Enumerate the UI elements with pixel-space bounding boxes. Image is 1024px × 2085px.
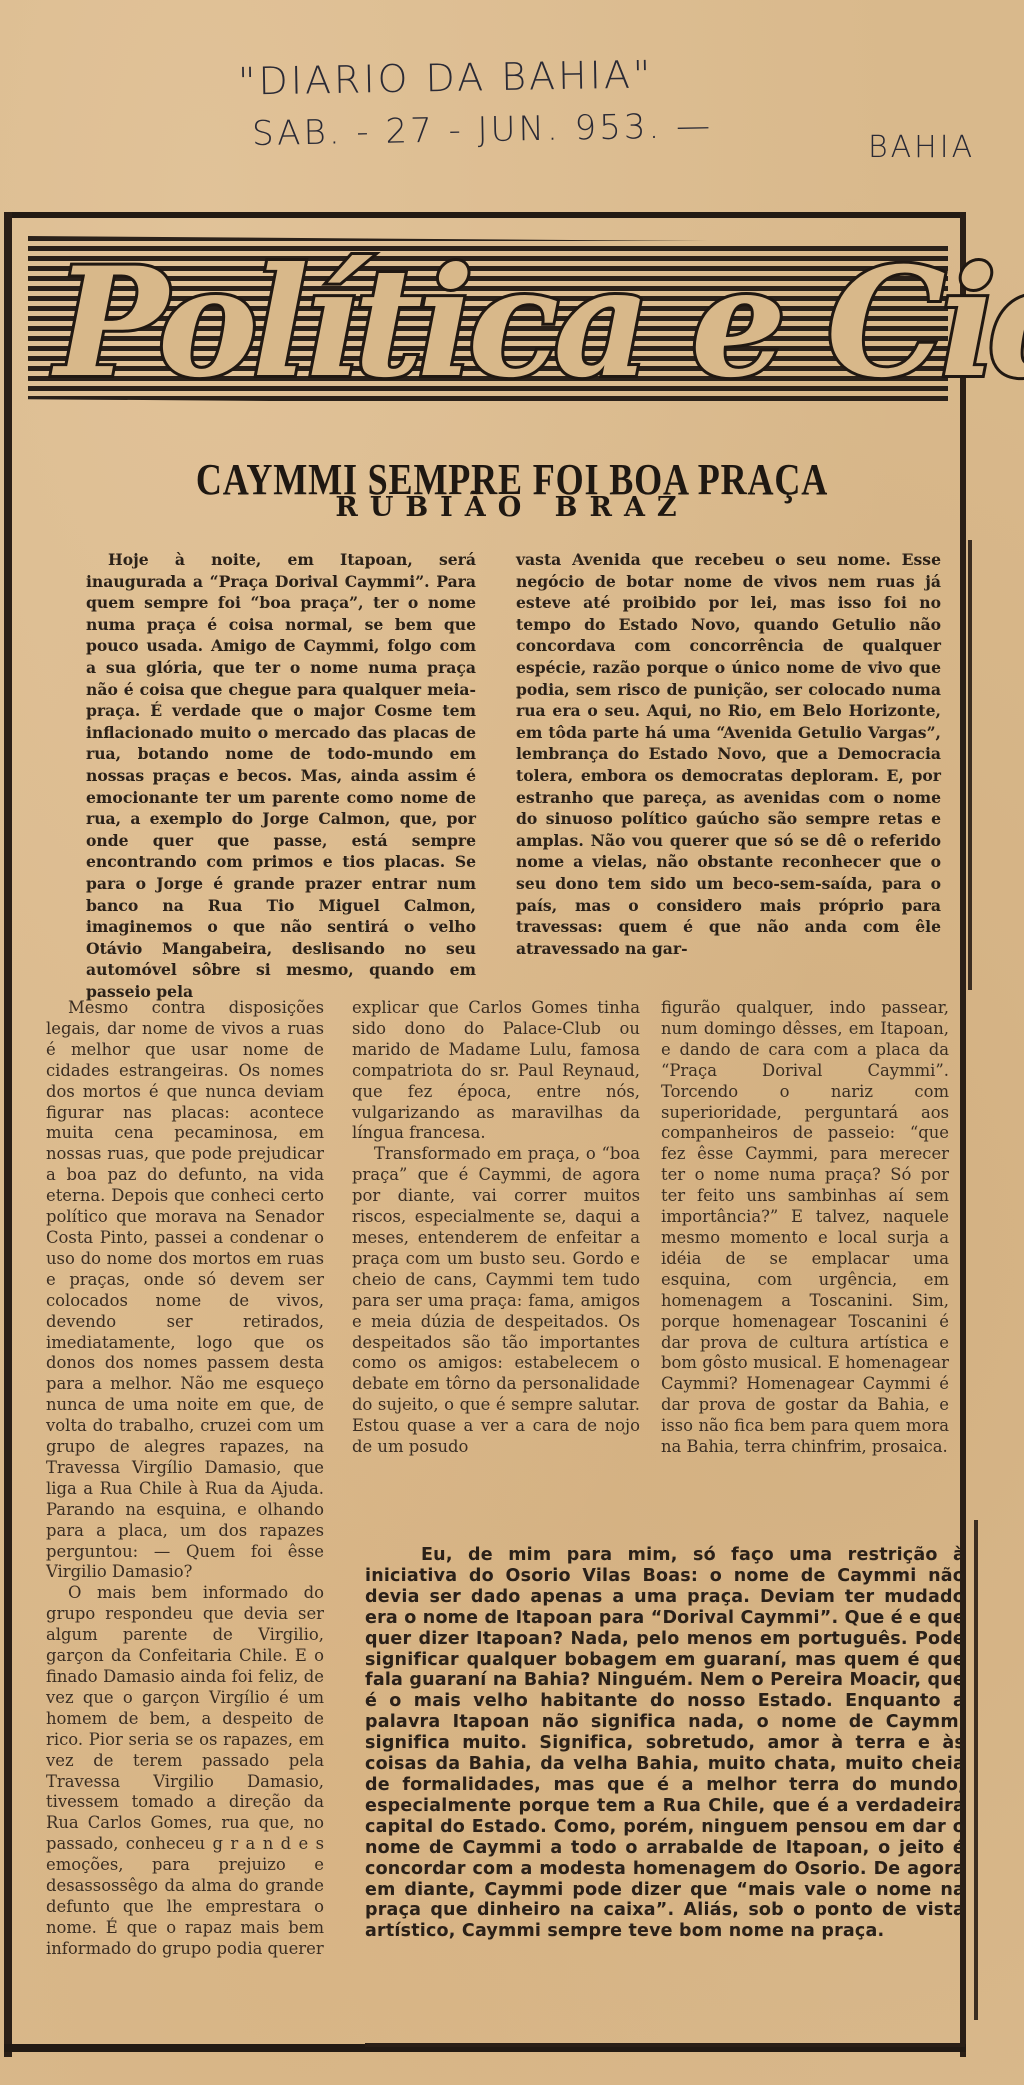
article-byline: RUBIÃO BRAZ: [0, 492, 1024, 523]
handwritten-place-note: BAHIA: [868, 130, 975, 165]
lead-paragraph-left: Hoje à noite, em Itapoan, será inaugurad…: [86, 549, 476, 1002]
body-column-1: Mesmo contra disposições legais, dar nom…: [46, 998, 324, 1960]
lead-paragraph-right: vasta Avenida que recebeu o seu nome. Es…: [516, 549, 941, 959]
frame-top-rule: [4, 212, 964, 218]
handwritten-source-note: "DIARIO DA BAHIA": [238, 52, 654, 103]
lead-column-right: vasta Avenida que recebeu o seu nome. Es…: [516, 549, 941, 959]
body-column-3: figurão qualquer, indo passear, num domi…: [661, 998, 949, 1458]
lead-column-left: Hoje à noite, em Itapoan, será inaugurad…: [86, 549, 476, 1002]
body-paragraph: O mais bem informado do grupo respondeu …: [46, 1583, 324, 1959]
box-bottom-rule: [365, 2043, 965, 2047]
handwritten-date-note: SAB. - 27 - JUN. 953. —: [252, 106, 714, 154]
masthead-title: Política e Cidade: [55, 238, 915, 408]
closing-paragraph: Eu, de mim para mim, só faço uma restriç…: [365, 1545, 965, 1942]
body-column-2: explicar que Carlos Gomes tinha sido don…: [352, 998, 640, 1458]
box-rule: [974, 1520, 978, 2020]
column-rule: [968, 540, 972, 990]
body-paragraph: explicar que Carlos Gomes tinha sido don…: [352, 998, 640, 1144]
body-paragraph: Transformado em praça, o “boa praça” que…: [352, 1144, 640, 1458]
body-paragraph: Mesmo contra disposições legais, dar nom…: [46, 998, 324, 1583]
frame-left-rule: [4, 212, 12, 2057]
body-paragraph: figurão qualquer, indo passear, num domi…: [661, 998, 949, 1458]
closing-box: Eu, de mim para mim, só faço uma restriç…: [365, 1545, 965, 1942]
